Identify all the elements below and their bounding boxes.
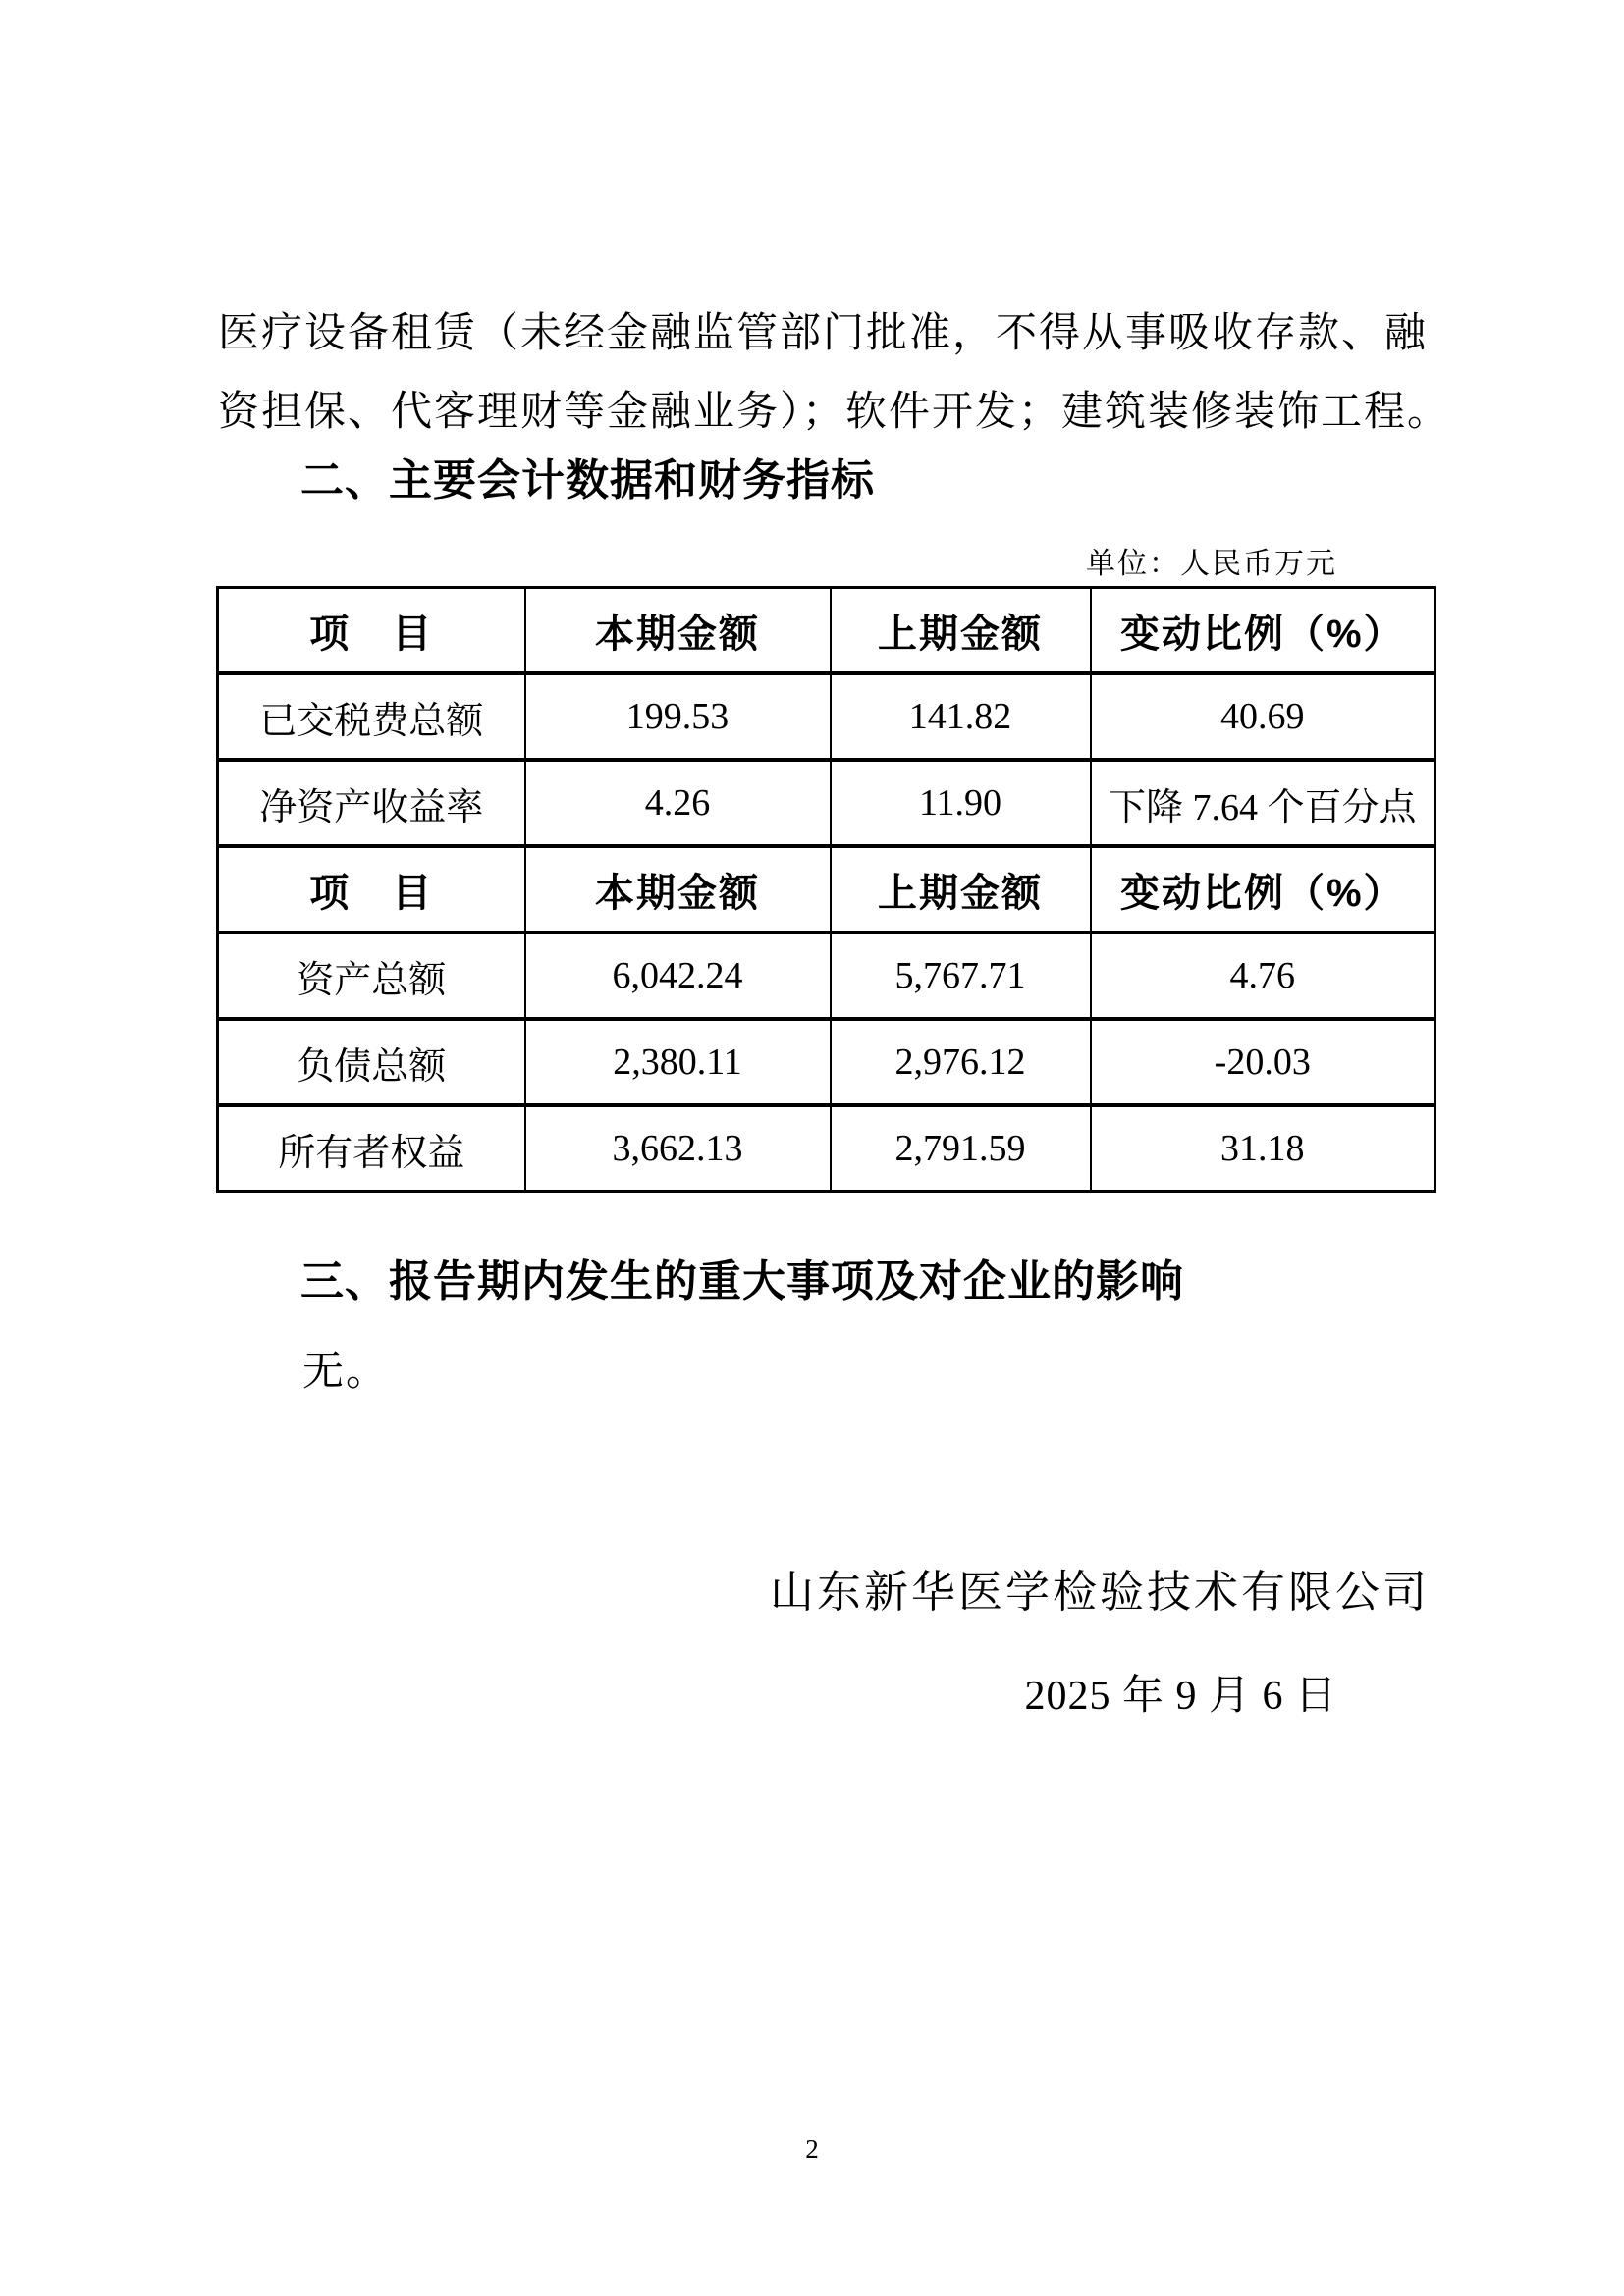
cell-current-amount: 2,380.11 (525, 1019, 831, 1105)
row-label: 净资产收益率 (218, 760, 525, 846)
cell-prior-amount: 5,767.71 (831, 933, 1091, 1019)
company-signature: 山东新华医学检验技术有限公司 (770, 1556, 1430, 1620)
column-header-prior: 上期金额 (831, 588, 1091, 674)
row-label: 资产总额 (218, 933, 525, 1019)
table-row: 净资产收益率 4.26 11.90 下降 7.64 个百分点 (218, 760, 1435, 846)
table-header-row: 项 目 本期金额 上期金额 变动比例（%） (218, 846, 1435, 933)
business-scope-line-1: 医疗设备租赁（未经金融监管部门批准，不得从事吸收存款、融 (218, 310, 1445, 357)
financial-indicators-table: 项 目 本期金额 上期金额 变动比例（%） 已交税费总额 199.53 141.… (216, 586, 1436, 1193)
signature-date: 2025 年 9 月 6 日 (1024, 1663, 1337, 1722)
cell-prior-amount: 2,976.12 (831, 1019, 1091, 1105)
cell-current-amount: 199.53 (525, 673, 831, 760)
cell-prior-amount: 141.82 (831, 673, 1091, 760)
cell-current-amount: 3,662.13 (525, 1105, 831, 1192)
column-header-change: 变动比例（%） (1091, 588, 1435, 674)
page-number: 2 (0, 2134, 1624, 2164)
column-header-current: 本期金额 (525, 846, 831, 933)
column-header-prior: 上期金额 (831, 846, 1091, 933)
column-header-current: 本期金额 (525, 588, 831, 674)
cell-change-ratio: 4.76 (1091, 933, 1435, 1019)
cell-change-ratio: -20.03 (1091, 1019, 1435, 1105)
table-row: 所有者权益 3,662.13 2,791.59 31.18 (218, 1105, 1435, 1192)
table-unit-label: 单位：人民币万元 (1086, 539, 1337, 582)
cell-prior-amount: 2,791.59 (831, 1105, 1091, 1192)
table-row: 资产总额 6,042.24 5,767.71 4.76 (218, 933, 1435, 1019)
column-header-item: 项 目 (218, 588, 525, 674)
row-label: 负债总额 (218, 1019, 525, 1105)
table-row: 已交税费总额 199.53 141.82 40.69 (218, 673, 1435, 760)
table-row: 负债总额 2,380.11 2,976.12 -20.03 (218, 1019, 1435, 1105)
cell-prior-amount: 11.90 (831, 760, 1091, 846)
row-label: 已交税费总额 (218, 673, 525, 760)
cell-change-ratio: 31.18 (1091, 1105, 1435, 1192)
row-label: 所有者权益 (218, 1105, 525, 1192)
column-header-change: 变动比例（%） (1091, 846, 1435, 933)
cell-change-ratio: 40.69 (1091, 673, 1435, 760)
section-heading-major-events: 三、报告期内发生的重大事项及对企业的影响 (300, 1258, 1184, 1306)
table-header-row: 项 目 本期金额 上期金额 变动比例（%） (218, 588, 1435, 674)
major-events-content: 无。 (302, 1339, 389, 1398)
cell-current-amount: 4.26 (525, 760, 831, 846)
document-page: 医疗设备租赁（未经金融监管部门批准，不得从事吸收存款、融 资担保、代客理财等金融… (0, 0, 1624, 2296)
business-scope-line-2: 资担保、代客理财等金融业务）；软件开发；建筑装修装饰工程。 (218, 389, 1445, 436)
section-heading-accounting-data: 二、主要会计数据和财务指标 (300, 457, 875, 505)
column-header-item: 项 目 (218, 846, 525, 933)
cell-current-amount: 6,042.24 (525, 933, 831, 1019)
cell-change-ratio: 下降 7.64 个百分点 (1091, 760, 1435, 846)
